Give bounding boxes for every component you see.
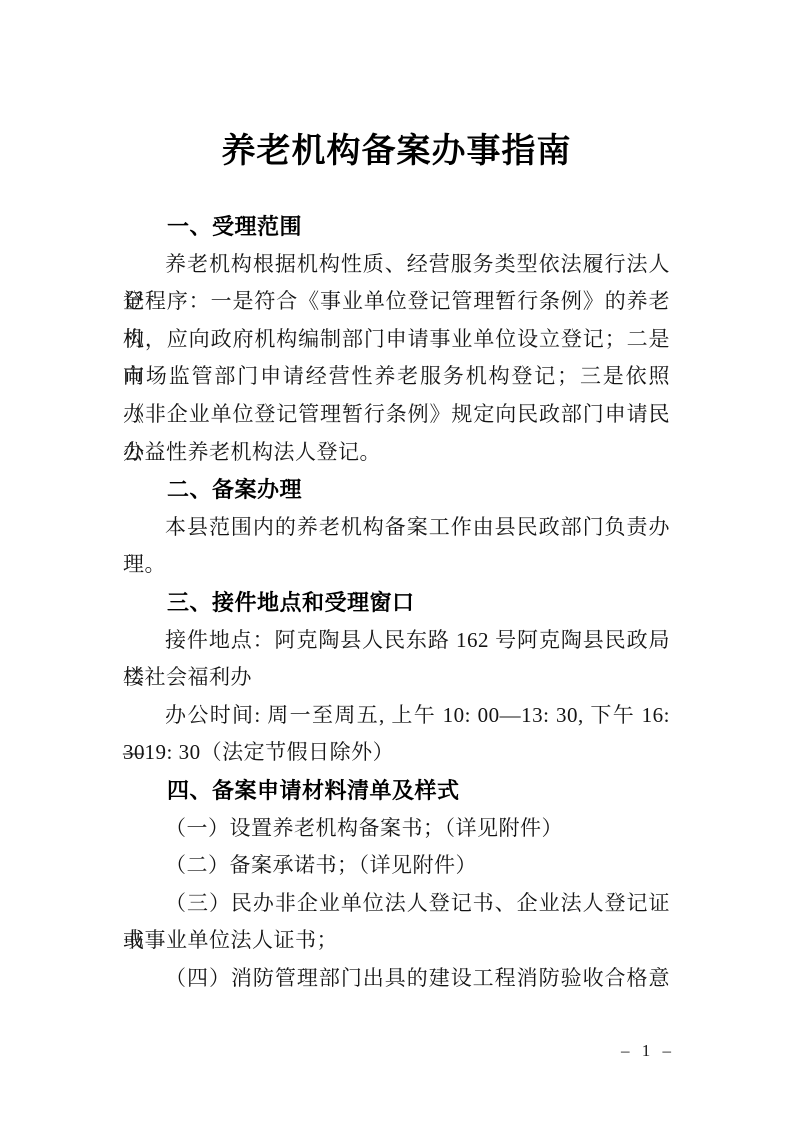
page-number: – 1 – (621, 1041, 675, 1061)
body-text-line: 理。 (123, 546, 670, 584)
body-text-line: （三）民办非企业单位法人登记书、企业法人登记证书 (123, 885, 670, 923)
section-heading: 二、备案办理 (123, 471, 670, 509)
section-heading: 三、接件地点和受理窗口 (123, 584, 670, 622)
body-text-line: （四）消防管理部门出具的建设工程消防验收合格意 (123, 960, 670, 998)
body-text-line: 楼社会福利办 (123, 659, 670, 697)
body-text-line: 接件地点：阿克陶县人民东路 162 号阿克陶县民政局二 (123, 622, 670, 660)
body-text-line: 或事业单位法人证书； (123, 922, 670, 960)
section-heading: 四、备案申请材料清单及样式 (123, 772, 670, 810)
body-text-line: 养老机构根据机构性质、经营服务类型依法履行法人登 (123, 246, 670, 284)
body-text-line: 本县范围内的养老机构备案工作由县民政部门负责办 (123, 509, 670, 547)
body-text-line: 办公时间: 周一至周五, 上午 10: 00—13: 30, 下午 16: 30 (123, 697, 670, 735)
body-text-line: 记程序：一是符合《事业单位登记管理暂行条例》的养老机 (123, 283, 670, 321)
section-heading: 一、受理范围 (123, 208, 670, 246)
body-text-line: —19: 30（法定节假日除外） (123, 734, 670, 772)
body-text-line: （一）设置养老机构备案书；（详见附件） (123, 810, 670, 848)
body-text-line: 构，应向政府机构编制部门申请事业单位设立登记；二是向 (123, 321, 670, 359)
document-page: 养老机构备案办事指南 一、受理范围养老机构根据机构性质、经营服务类型依法履行法人… (0, 0, 793, 1122)
body-text-line: 市场监管部门申请经营性养老服务机构登记；三是依照《民 (123, 358, 670, 396)
document-body: 一、受理范围养老机构根据机构性质、经营服务类型依法履行法人登记程序：一是符合《事… (123, 208, 670, 997)
body-text-line: 公益性养老机构法人登记。 (123, 434, 670, 472)
body-text-line: （二）备案承诺书；（详见附件） (123, 847, 670, 885)
body-text-line: 办非企业单位登记管理暂行条例》规定向民政部门申请民办 (123, 396, 670, 434)
page-title: 养老机构备案办事指南 (123, 130, 670, 174)
